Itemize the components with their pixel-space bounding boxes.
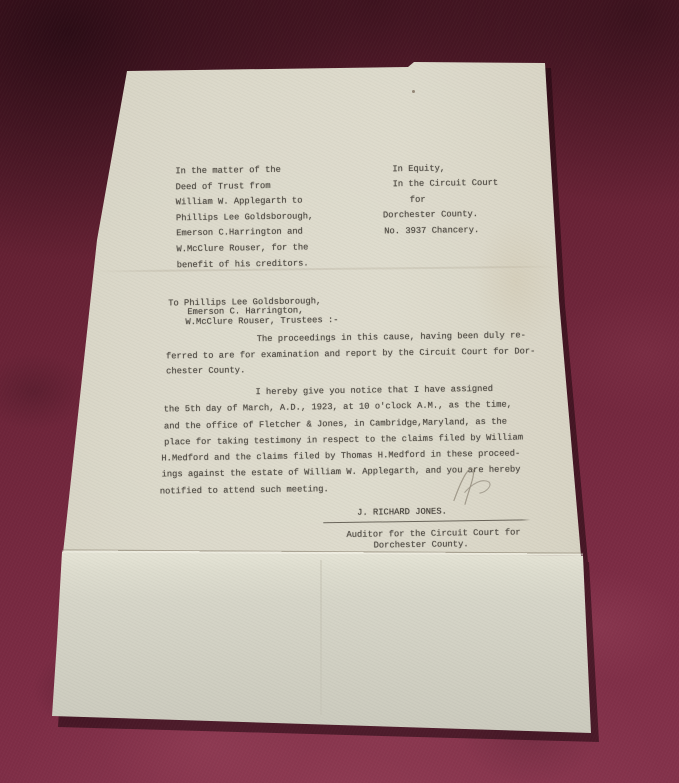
paragraph-referral: The proceedings in this cause, having be… bbox=[166, 328, 536, 380]
photo-of-document: In the matter of the Deed of Trust from … bbox=[0, 0, 679, 783]
pencil-signature-mark bbox=[441, 455, 522, 512]
signature-underline bbox=[323, 519, 530, 523]
text-line: No. 3937 Chancery. bbox=[384, 222, 499, 239]
text-line: William W. Applegarth to bbox=[176, 194, 313, 212]
case-caption-right: In Equity, In the Circuit Court for Dorc… bbox=[382, 161, 499, 240]
text-line: Dorchester County. bbox=[383, 207, 499, 224]
text-line: benefit of his creditors. bbox=[177, 256, 314, 274]
signature-title-line2: Dorchester County. bbox=[374, 539, 469, 551]
text-line: In Equity, bbox=[392, 161, 498, 178]
typewritten-text-layer: In the matter of the Deed of Trust from … bbox=[0, 0, 679, 783]
text-line: W.McClure Rouser, Trustees :- bbox=[185, 316, 338, 328]
text-line: Emerson C.Harrington and bbox=[176, 225, 313, 243]
case-caption-left: In the matter of the Deed of Trust from … bbox=[175, 162, 314, 273]
text-line: for bbox=[410, 192, 499, 209]
addressee-block: To Phillips Lee Goldsborough, Emerson C.… bbox=[168, 297, 338, 328]
text-line: In the Circuit Court bbox=[392, 176, 498, 193]
text-line: W.McClure Rouser, for the bbox=[176, 240, 313, 258]
signature-name: J. RICHARD JONES. bbox=[357, 507, 447, 519]
